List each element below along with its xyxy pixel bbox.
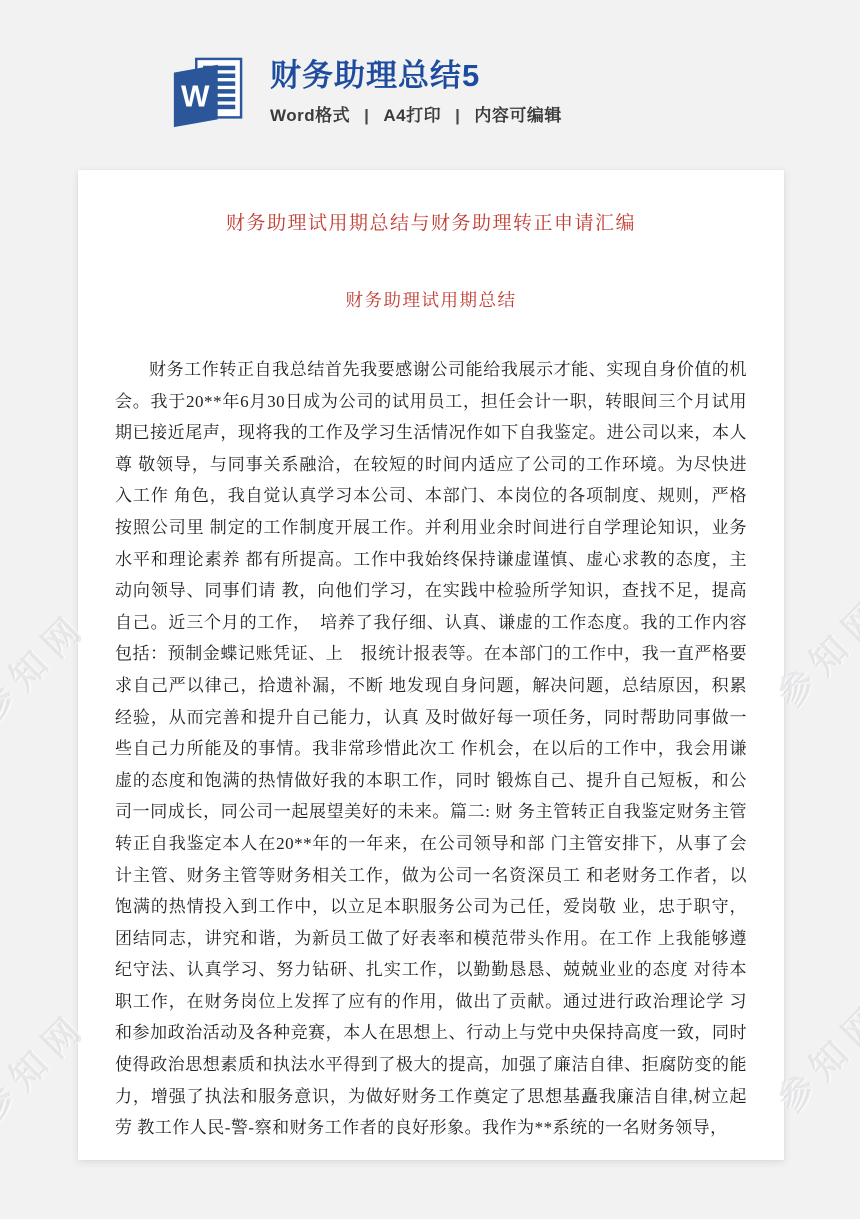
doc-heading-sub: 财务助理试用期总结 — [115, 287, 747, 313]
page-header: W 财务助理总结5 Word格式|A4打印|内容可编辑 — [0, 0, 860, 150]
separator-pipe: | — [364, 106, 369, 125]
format-a4: A4打印 — [383, 106, 441, 125]
document-format-info: Word格式|A4打印|内容可编辑 — [270, 101, 562, 126]
document-title: 财务助理总结5 — [270, 50, 480, 95]
format-word: Word格式 — [270, 106, 350, 125]
doc-heading-main: 财务助理试用期总结与财务助理转正申请汇编 — [115, 170, 747, 238]
document-page: 财务助理试用期总结与财务助理转正申请汇编 财务助理试用期总结 财务工作转正自我总… — [78, 170, 784, 1160]
format-editable: 内容可编辑 — [474, 106, 562, 125]
svg-text:W: W — [181, 81, 210, 114]
word-icon: W — [167, 56, 245, 132]
doc-body-paragraph: 财务工作转正自我总结首先我要感谢公司能给我展示才能、实现自身价值的机 会。我于2… — [115, 354, 747, 1144]
separator-pipe: | — [455, 106, 460, 125]
